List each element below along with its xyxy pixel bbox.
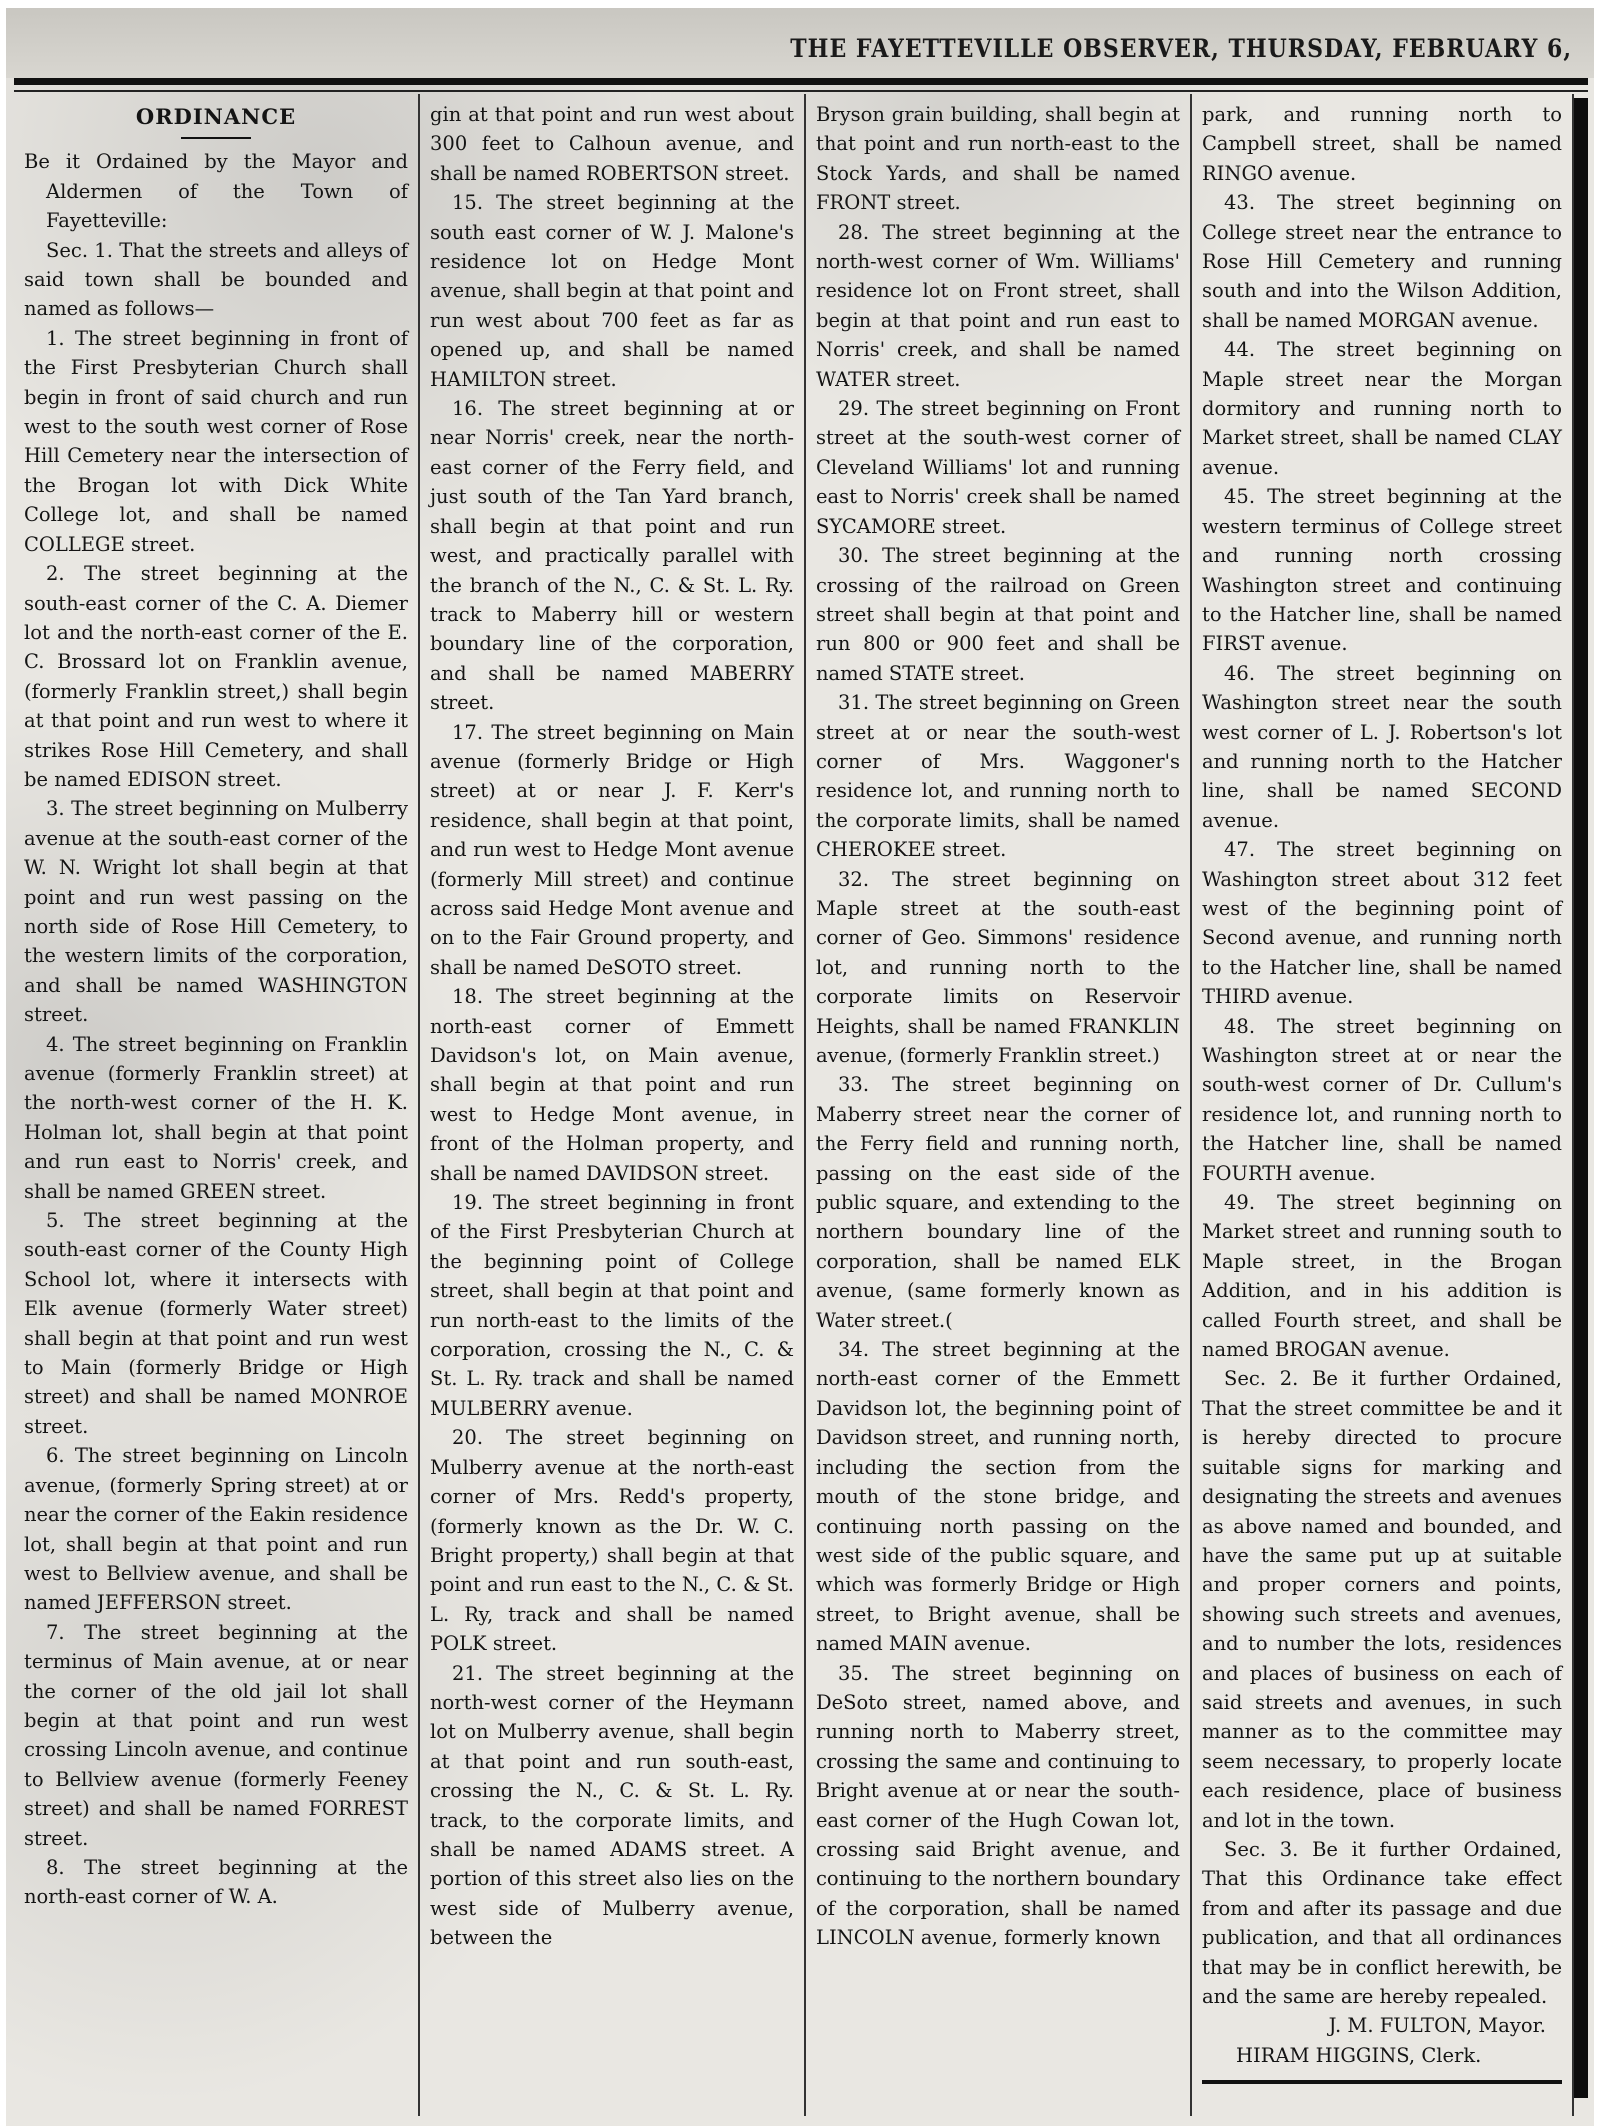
paragraph: 8. The street beginning at the north-eas… — [24, 1853, 408, 1912]
paragraph: gin at that point and run west about 300… — [430, 100, 794, 188]
paragraph: 43. The street beginning on College stre… — [1202, 188, 1562, 335]
column-1: ORDINANCE Be it Ordained by the Mayor an… — [14, 94, 420, 2116]
paragraph: park, and running north to Campbell stre… — [1202, 100, 1562, 188]
page-edge-bar — [1574, 98, 1588, 2098]
paragraph: 18. The street beginning at the north-ea… — [430, 982, 794, 1188]
paragraph: 35. The street beginning on DeSoto stree… — [816, 1659, 1180, 1953]
paragraph: 48. The street beginning on Washington s… — [1202, 1012, 1562, 1188]
paragraph: 34. The street beginning at the north-ea… — [816, 1335, 1180, 1658]
paragraph: 33. The street beginning on Maberry stre… — [816, 1070, 1180, 1335]
column-2: gin at that point and run west about 300… — [420, 94, 806, 2116]
column-3: Bryson grain building, shall begin at th… — [806, 94, 1192, 2116]
paragraph: 17. The street beginning on Main avenue … — [430, 718, 794, 983]
column-4: park, and running north to Campbell stre… — [1192, 94, 1574, 2116]
paragraph: 3. The street beginning on Mulberry aven… — [24, 794, 408, 1029]
heading-divider — [181, 137, 251, 139]
paragraph: 7. The street beginning at the terminus … — [24, 1618, 408, 1853]
column-3-body: Bryson grain building, shall begin at th… — [816, 100, 1180, 1953]
paragraph: Bryson grain building, shall begin at th… — [816, 100, 1180, 218]
paragraph: 46. The street beginning on Washington s… — [1202, 659, 1562, 835]
paragraph: 47. The street beginning on Washington s… — [1202, 835, 1562, 1011]
paragraph: 16. The street beginning at or near Norr… — [430, 394, 794, 717]
paragraph: Sec. 3. Be it further Ordained, That thi… — [1202, 1835, 1562, 2011]
paragraph: 2. The street beginning at the south-eas… — [24, 559, 408, 794]
signature-mayor: J. M. FULTON, Mayor. — [1202, 2011, 1562, 2040]
paragraph: 32. The street beginning on Maple street… — [816, 865, 1180, 1071]
paragraph: 45. The street beginning at the western … — [1202, 482, 1562, 658]
paragraph: 21. The street beginning at the north-we… — [430, 1659, 794, 1953]
paragraph: 19. The street beginning in front of the… — [430, 1188, 794, 1423]
paragraph: 5. The street beginning at the south-eas… — [24, 1206, 408, 1441]
paragraph: 28. The street beginning at the north-we… — [816, 218, 1180, 394]
paragraph: Be it Ordained by the Mayor and Aldermen… — [24, 147, 408, 235]
masthead-rule-thin — [14, 90, 1588, 92]
paragraph: 4. The street beginning on Franklin aven… — [24, 1030, 408, 1206]
article-columns: ORDINANCE Be it Ordained by the Mayor an… — [14, 94, 1574, 2116]
paragraph: 1. The street beginning in front of the … — [24, 324, 408, 559]
paragraph: 30. The street beginning at the crossing… — [816, 541, 1180, 688]
paragraph: Sec. 1. That the streets and alleys of s… — [24, 236, 408, 324]
article-heading: ORDINANCE — [24, 102, 408, 131]
masthead-title: THE FAYETTEVILLE OBSERVER, THURSDAY, FEB… — [790, 34, 1572, 64]
column-2-body: gin at that point and run west about 300… — [430, 100, 794, 1953]
column-4-body: park, and running north to Campbell stre… — [1202, 100, 1562, 2011]
newspaper-page: THE FAYETTEVILLE OBSERVER, THURSDAY, FEB… — [6, 8, 1594, 2126]
paragraph: Sec. 2. Be it further Ordained, That the… — [1202, 1364, 1562, 1835]
paragraph: 44. The street beginning on Maple street… — [1202, 335, 1562, 482]
paragraph: 31. The street beginning on Green street… — [816, 688, 1180, 864]
signature-clerk: HIRAM HIGGINS, Clerk. — [1202, 2041, 1562, 2070]
paragraph: 15. The street beginning at the south ea… — [430, 188, 794, 394]
paragraph: 20. The street beginning on Mulberry ave… — [430, 1423, 794, 1658]
paragraph: 29. The street beginning on Front street… — [816, 394, 1180, 541]
paragraph: 49. The street beginning on Market stree… — [1202, 1188, 1562, 1364]
column-1-body: Be it Ordained by the Mayor and Aldermen… — [24, 147, 408, 1911]
paragraph: 6. The street beginning on Lincoln avenu… — [24, 1441, 408, 1617]
masthead-rule-thick — [14, 78, 1588, 85]
masthead: THE FAYETTEVILLE OBSERVER, THURSDAY, FEB… — [6, 8, 1594, 78]
article-end-rule — [1202, 2080, 1562, 2084]
